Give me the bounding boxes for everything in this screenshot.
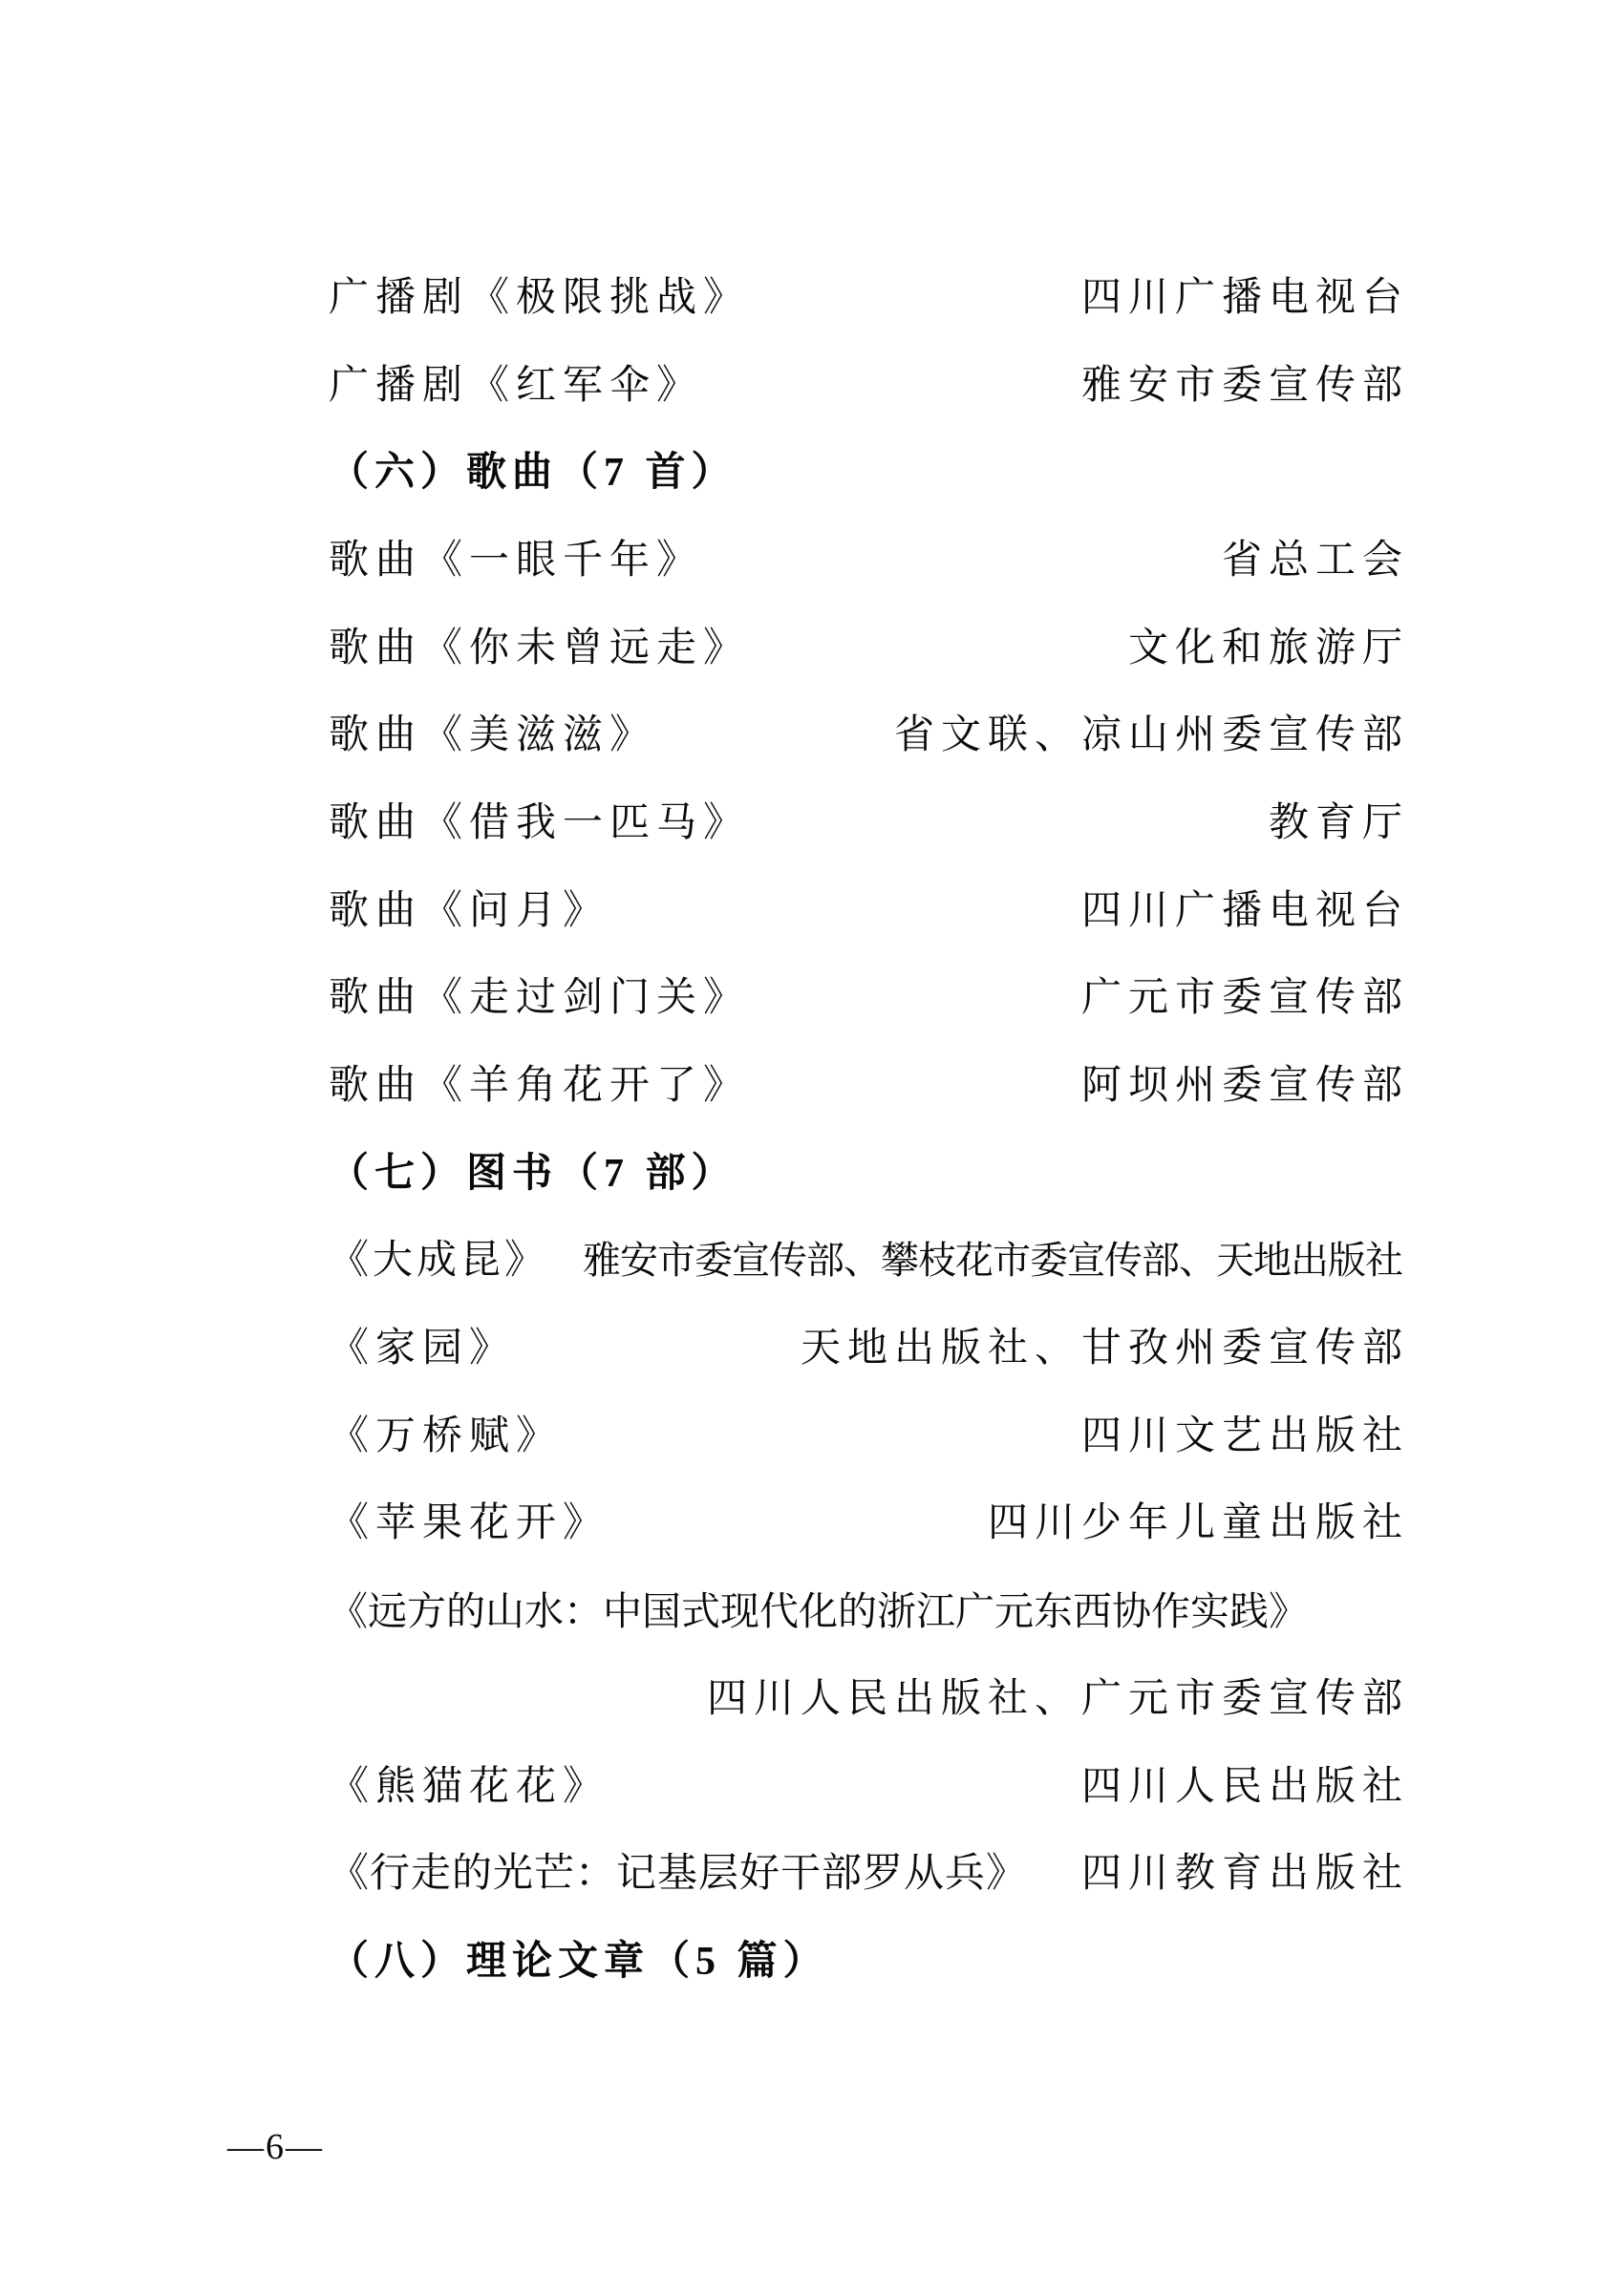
credit-organization: 文化和旅游厅 xyxy=(1128,628,1409,669)
work-title: 《万桥赋》 xyxy=(329,1416,563,1456)
list-item: 《熊猫花花》四川人民出版社 xyxy=(329,1743,1402,1831)
work-title: 《苹果花开》 xyxy=(329,1503,609,1543)
list-item: 广播剧《极限挑战》四川广播电视台 xyxy=(329,254,1402,342)
list-item: 歌曲《羊角花开了》阿坝州委宣传部 xyxy=(329,1042,1402,1130)
credit-organization: 教育厅 xyxy=(1269,803,1409,843)
work-title: 《行走的光芒：记基层好干部罗从兵》 xyxy=(329,1854,1027,1894)
work-title: 广播剧《极限挑战》 xyxy=(329,278,750,318)
section-heading-label: （六）歌曲（7 首） xyxy=(329,453,737,493)
section-heading-label: （七）图书（7 部） xyxy=(329,1154,737,1194)
credit-organization: 四川人民出版社、广元市委宣传部 xyxy=(707,1679,1409,1719)
list-item: 歌曲《借我一匹马》教育厅 xyxy=(329,779,1402,867)
work-title: 歌曲《你未曾远走》 xyxy=(329,628,750,669)
award-list: 广播剧《极限挑战》四川广播电视台广播剧《红军伞》雅安市委宣传部（六）歌曲（7 首… xyxy=(329,254,1402,2006)
work-title: 歌曲《美滋滋》 xyxy=(329,715,656,755)
work-title: 歌曲《问月》 xyxy=(329,891,609,931)
list-item: 歌曲《一眼千年》省总工会 xyxy=(329,517,1402,605)
work-title: 歌曲《一眼千年》 xyxy=(329,541,703,581)
section-heading: （七）图书（7 部） xyxy=(329,1130,1402,1218)
work-title: 歌曲《借我一匹马》 xyxy=(329,803,750,843)
list-item: 歌曲《问月》四川广播电视台 xyxy=(329,867,1402,955)
work-title: 歌曲《走过剑门关》 xyxy=(329,978,750,1018)
credit-organization: 雅安市委宣传部 xyxy=(1081,366,1409,406)
document-page: 广播剧《极限挑战》四川广播电视台广播剧《红军伞》雅安市委宣传部（六）歌曲（7 首… xyxy=(0,0,1624,2296)
credit-organization: 省文联、凉山州委宣传部 xyxy=(894,715,1409,755)
list-item: 歌曲《走过剑门关》广元市委宣传部 xyxy=(329,955,1402,1043)
credit-organization: 四川广播电视台 xyxy=(1081,278,1409,318)
credit-organization: 省总工会 xyxy=(1222,541,1409,581)
credit-organization: 广元市委宣传部 xyxy=(1081,978,1409,1018)
section-heading: （六）歌曲（7 首） xyxy=(329,429,1402,517)
section-heading: （八）理论文章（5 篇） xyxy=(329,1918,1402,2006)
credit-organization: 四川文艺出版社 xyxy=(1081,1416,1409,1456)
credit-organization: 四川广播电视台 xyxy=(1081,891,1409,931)
list-item: 《行走的光芒：记基层好干部罗从兵》四川教育出版社 xyxy=(329,1830,1402,1918)
page-number: —6— xyxy=(227,2126,324,2168)
list-item: 广播剧《红军伞》雅安市委宣传部 xyxy=(329,342,1402,430)
credit-organization: 雅安市委宣传部、攀枝花市委宣传部、天地出版社 xyxy=(583,1242,1402,1280)
work-title: 《家园》 xyxy=(329,1329,516,1369)
list-item: 《家园》天地出版社、甘孜州委宣传部 xyxy=(329,1305,1402,1392)
list-item: 《远方的山水：中国式现代化的浙江广元东西协作实践》 xyxy=(329,1567,1402,1655)
work-title: 《远方的山水：中国式现代化的浙江广元东西协作实践》 xyxy=(329,1592,1308,1631)
work-title: 《熊猫花花》 xyxy=(329,1767,609,1807)
credit-organization: 天地出版社、甘孜州委宣传部 xyxy=(801,1329,1409,1369)
credit-organization: 四川人民出版社 xyxy=(1081,1767,1409,1807)
credit-organization: 阿坝州委宣传部 xyxy=(1081,1066,1409,1106)
list-item: 《万桥赋》四川文艺出版社 xyxy=(329,1392,1402,1480)
list-item: 歌曲《美滋滋》省文联、凉山州委宣传部 xyxy=(329,691,1402,779)
credit-organization: 四川教育出版社 xyxy=(1081,1854,1409,1894)
credit-organization: 四川少年儿童出版社 xyxy=(988,1503,1409,1543)
list-item: 歌曲《你未曾远走》文化和旅游厅 xyxy=(329,605,1402,692)
work-title: 歌曲《羊角花开了》 xyxy=(329,1066,750,1106)
work-title: 广播剧《红军伞》 xyxy=(329,366,703,406)
list-item: 《苹果花开》四川少年儿童出版社 xyxy=(329,1480,1402,1568)
section-heading-label: （八）理论文章（5 篇） xyxy=(329,1942,829,1982)
work-title: 《大成昆》 xyxy=(329,1241,548,1281)
list-item: 《大成昆》雅安市委宣传部、攀枝花市委宣传部、天地出版社 xyxy=(329,1218,1402,1306)
list-item: 四川人民出版社、广元市委宣传部 xyxy=(329,1655,1402,1743)
